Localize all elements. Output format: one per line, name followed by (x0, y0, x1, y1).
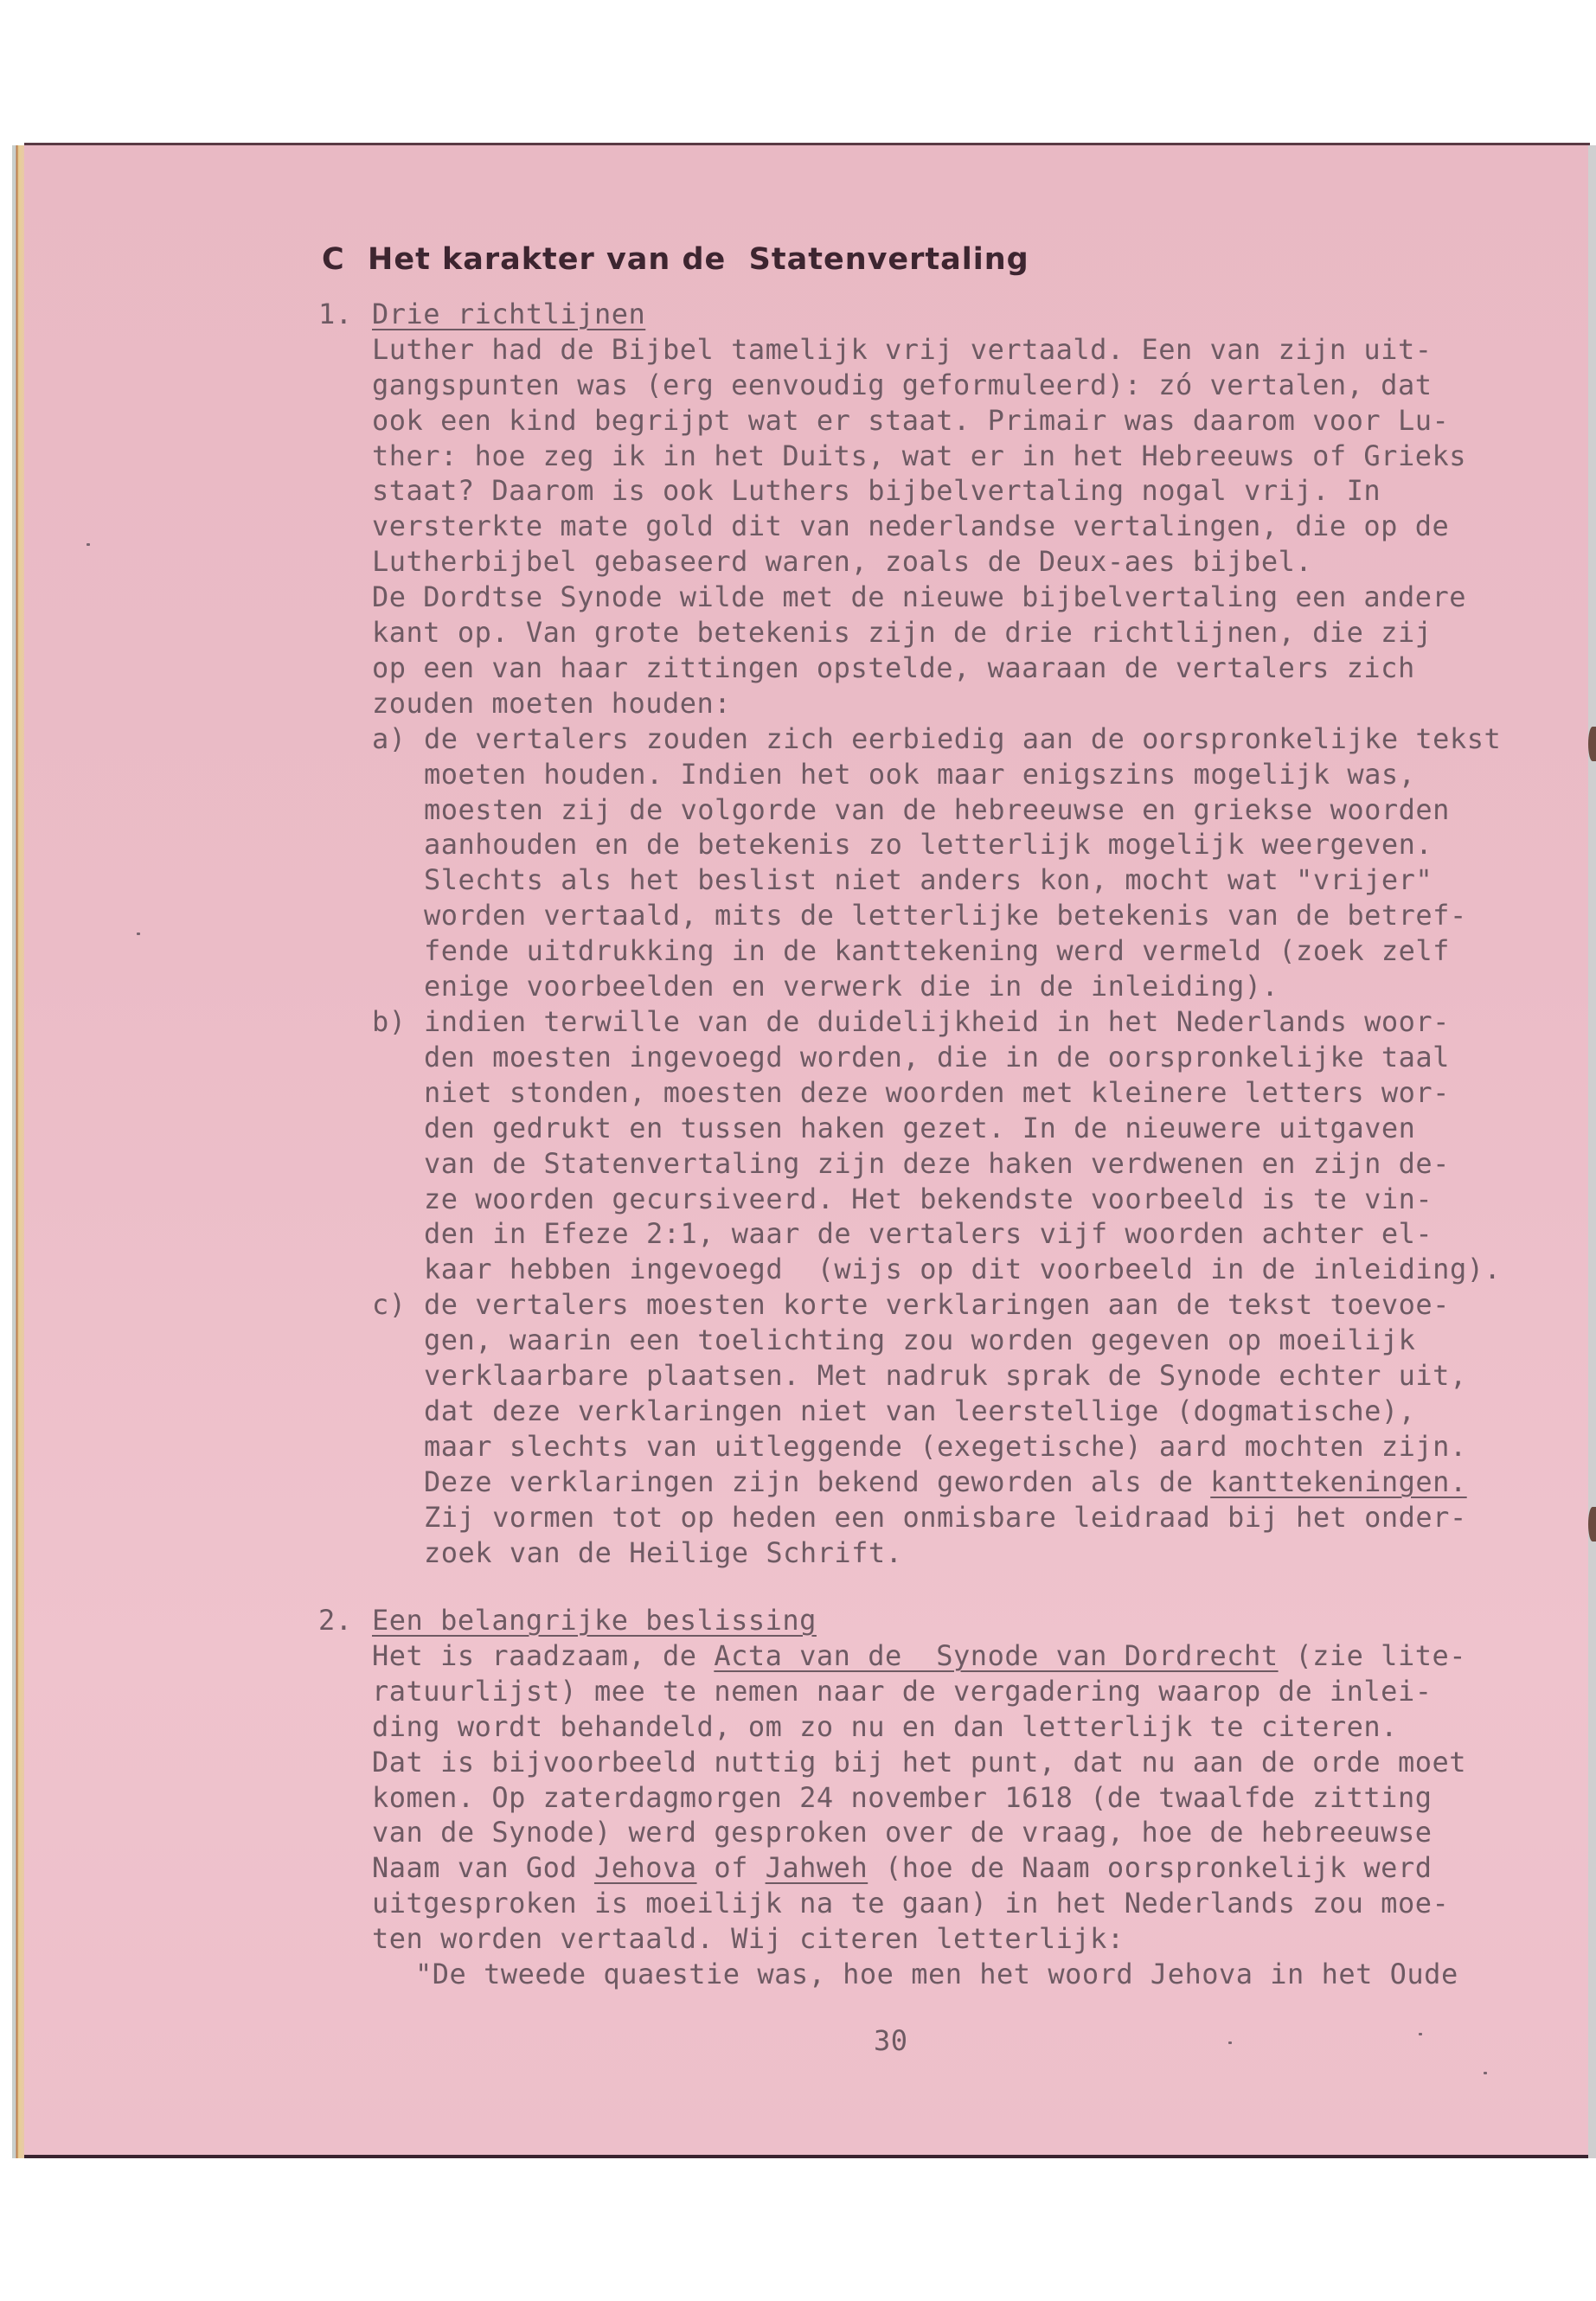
binding-clip-mark (1588, 727, 1596, 761)
text-line: zouden moeten houden: (372, 686, 731, 721)
text-line: Lutherbijbel gebaseerd waren, zoals de D… (372, 544, 1312, 579)
list-item-line: den moesten ingevoegd worden, die in de … (424, 1040, 1450, 1074)
paper-speck (137, 933, 140, 935)
paper-speck (87, 543, 90, 546)
page-number: 30 (874, 2024, 908, 2057)
text-line: ther: hoe zeg ik in het Duits, wat er in… (372, 439, 1466, 473)
list-item-line: worden vertaald, mits de letterlijke bet… (424, 898, 1467, 933)
paper-speck (1484, 2072, 1487, 2074)
section-title: Een belangrijke beslissing (372, 1603, 817, 1638)
underlined-phrase: Acta van de Synode van Dordrecht (714, 1639, 1278, 1672)
list-item-line: moesten zij de volgorde van de hebreeuws… (424, 792, 1450, 827)
section-number: 2. (318, 1603, 353, 1638)
list-item-line: den in Efeze 2:1, waar de vertalers vijf… (424, 1216, 1433, 1251)
list-item-line: moeten houden. Indien het ook maar enigs… (424, 757, 1415, 792)
list-item-line: Deze verklaringen zijn bekend geworden a… (424, 1465, 1467, 1499)
paper-speck (1228, 2041, 1232, 2044)
list-item-line: niet stonden, moesten deze woorden met k… (424, 1075, 1450, 1110)
text-line: van de Synode) werd gesproken over de vr… (372, 1815, 1432, 1849)
list-item-line: enige voorbeelden en verwerk die in de i… (424, 969, 1279, 1003)
text-line: staat? Daarom is ook Luthers bijbelverta… (372, 473, 1381, 508)
quote-line: "De tweede quaestie was, hoe men het woo… (415, 1957, 1458, 1991)
underlined-phrase: kanttekeningen. (1210, 1465, 1466, 1498)
page-binding-edge (12, 145, 24, 2158)
text-line: uitgesproken is moeilijk na te gaan) in … (372, 1886, 1449, 1920)
list-item-label: a) (372, 721, 407, 756)
text-line: ratuurlijst) mee te nemen naar de vergad… (372, 1674, 1432, 1708)
underlined-phrase: Jehova (594, 1851, 697, 1884)
list-item-line: indien terwille van de duidelijkheid in … (424, 1004, 1450, 1039)
binding-clip-mark (1588, 1507, 1596, 1541)
list-item-label: c) (372, 1287, 407, 1322)
list-item-line: de vertalers zouden zich eerbiedig aan d… (424, 721, 1501, 756)
list-item-line: dat deze verklaringen niet van leerstell… (424, 1394, 1415, 1428)
text-line: Het is raadzaam, de Acta van de Synode v… (372, 1638, 1466, 1673)
section-heading: C Het karakter van de Statenvertaling (322, 242, 1029, 277)
list-item-line: aanhouden en de betekenis zo letterlijk … (424, 827, 1433, 862)
list-item-line: ze woorden gecursiveerd. Het bekendste v… (424, 1182, 1433, 1216)
text-line: Naam van God Jehova of Jahweh (hoe de Na… (372, 1850, 1432, 1885)
section-number: 1. (318, 297, 353, 331)
underlined-phrase: Jahweh (766, 1851, 869, 1884)
text-line: op een van haar zittingen opstelde, waar… (372, 651, 1415, 685)
list-item-label: b) (372, 1004, 407, 1039)
text-line: ding wordt behandeld, om zo nu en dan le… (372, 1709, 1398, 1744)
text-line: gangspunten was (erg eenvoudig geformule… (372, 368, 1432, 402)
list-item-line: van de Statenvertaling zijn deze haken v… (424, 1146, 1450, 1181)
text-line: Luther had de Bijbel tamelijk vrij verta… (372, 332, 1432, 367)
list-item-line: kaar hebben ingevoegd (wijs op dit voorb… (424, 1252, 1501, 1286)
text-line: versterkte mate gold dit van nederlandse… (372, 509, 1449, 543)
list-item-line: Slechts als het beslist niet anders kon,… (424, 862, 1433, 897)
list-item-line: de vertalers moesten korte verklaringen … (424, 1287, 1450, 1322)
list-item-line: Zij vormen tot op heden een onmisbare le… (424, 1500, 1467, 1535)
text-line: ten worden vertaald. Wij citeren letterl… (372, 1921, 1125, 1956)
paper-speck (1419, 2033, 1422, 2035)
list-item-line: zoek van de Heilige Schrift. (424, 1535, 902, 1570)
text-line: ook een kind begrijpt wat er staat. Prim… (372, 403, 1449, 438)
list-item-line: gen, waarin een toelichting zou worden g… (424, 1323, 1415, 1357)
text-line: Dat is bijvoorbeeld nuttig bij het punt,… (372, 1745, 1466, 1779)
section-title: Drie richtlijnen (372, 297, 645, 331)
text-line: De Dordtse Synode wilde met de nieuwe bi… (372, 580, 1466, 614)
text-line: kant op. Van grote betekenis zijn de dri… (372, 615, 1432, 650)
list-item-line: fende uitdrukking in de kanttekening wer… (424, 933, 1450, 968)
list-item-line: den gedrukt en tussen haken gezet. In de… (424, 1111, 1415, 1145)
text-line: komen. Op zaterdagmorgen 24 november 161… (372, 1780, 1432, 1815)
list-item-line: verklaarbare plaatsen. Met nadruk sprak … (424, 1358, 1467, 1393)
list-item-line: maar slechts van uitleggende (exegetisch… (424, 1429, 1467, 1464)
page-right-edge (1588, 145, 1596, 2158)
